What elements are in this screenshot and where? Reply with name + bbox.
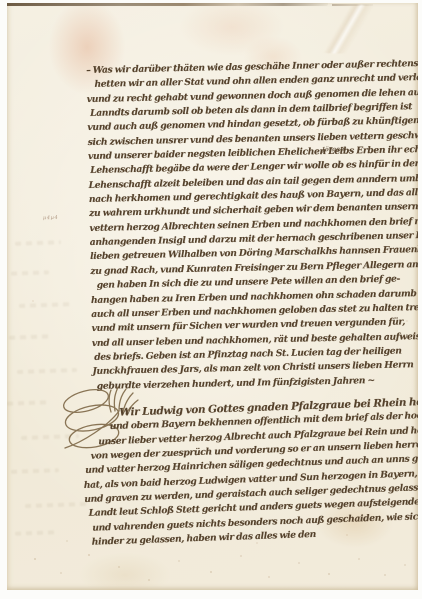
paper-sheet: µ4µ4 – Was wir darüber thäten wie das ge…	[7, 3, 418, 590]
verso-showthrough-mark	[15, 240, 61, 246]
verso-showthrough-mark	[11, 468, 59, 474]
verso-showthrough-mark	[9, 334, 53, 340]
paper-top-edge	[7, 3, 328, 6]
paragraph-1: – Was wir darüber thäten wie das geschäh…	[86, 57, 418, 394]
verso-showthrough-mark	[25, 502, 87, 508]
manuscript-photo: µ4µ4 – Was wir darüber thäten wie das ge…	[0, 0, 422, 599]
verso-showthrough-mark	[19, 302, 74, 308]
paragraph-2: Wir Ludwig von Gottes gnaden Pfalzgraue …	[81, 395, 418, 550]
verso-showthrough-mark	[17, 368, 77, 374]
verso-showthrough-mark	[11, 270, 49, 275]
interlinear-insertion: Jörgen	[322, 146, 345, 154]
paper-crease	[296, 3, 397, 59]
verso-showthrough-mark	[7, 400, 47, 405]
margin-note: µ4µ4	[43, 215, 58, 221]
verso-showthrough-mark	[15, 530, 55, 535]
